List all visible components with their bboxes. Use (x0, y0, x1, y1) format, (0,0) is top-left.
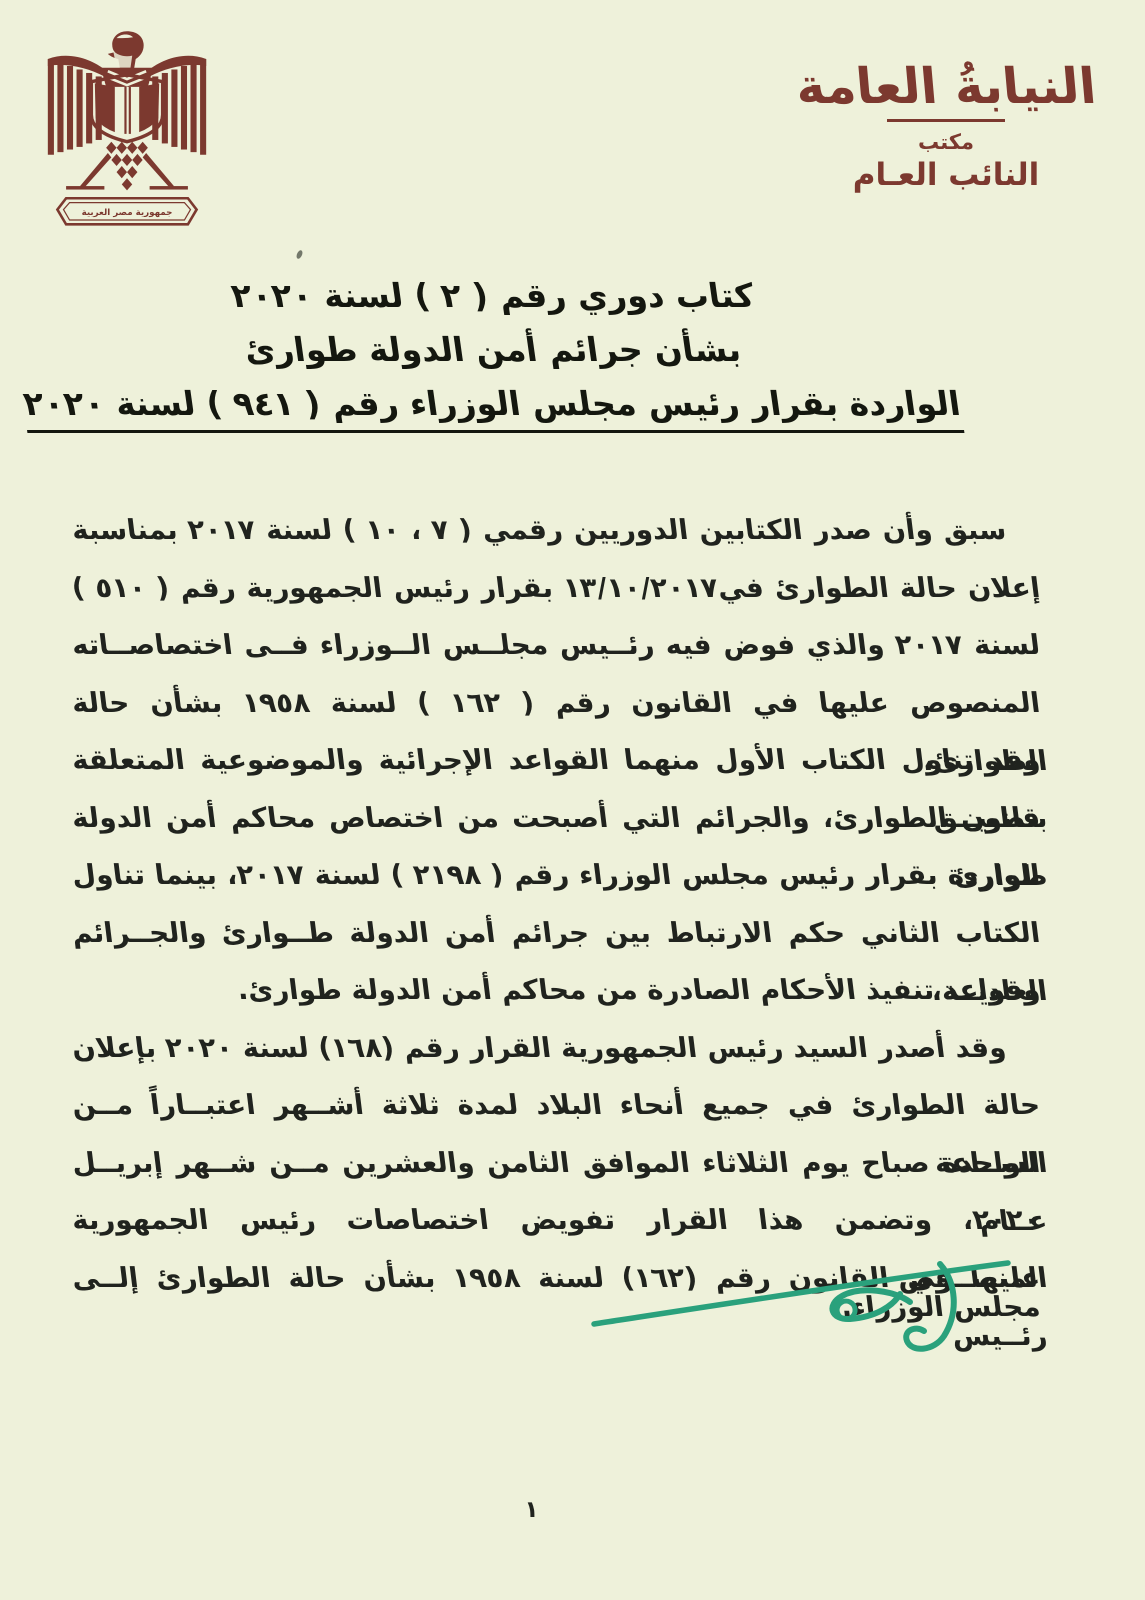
body-line: إعلان حالة الطوارئ في١٣/١٠/٢٠١٧ بقرار رئ… (68, 560, 1043, 618)
title-line-1: كتاب دوري رقم ( ٢ ) لسنة ٢٠٢٠ (0, 276, 988, 315)
body-line: الواحدة صباح يوم الثلاثاء الموافق الثامن… (68, 1135, 1043, 1193)
signature-scribble (588, 1250, 1020, 1362)
title-line-3: الواردة بقرار رئيس مجلس الوزراء رقم ( ٩٤… (0, 384, 988, 433)
body-line: لسنة ٢٠١٧ والذي فوض فيه رئــيس مجلــس ال… (68, 617, 1043, 675)
organization-name: النيابةُ العامة (776, 58, 1117, 115)
document-title-block: كتاب دوري رقم ( ٢ ) لسنة ٢٠٢٠ بشأن جرائم… (0, 276, 1145, 448)
title-line-3-text: الواردة بقرار رئيس مجلس الوزراء رقم ( ٩٤… (21, 384, 964, 433)
body-line: وقد أصدر السيد رئيس الجمهورية القرار رقم… (68, 1020, 1043, 1078)
body-text: سبق وأن صدر الكتابين الدوريين رقمي ( ٧ ،… (72, 502, 1040, 1307)
document-page: جمهورية مصر العربية النيابةُ العامة مكتب… (0, 0, 1145, 1600)
body-line: ٢٠٢٠، وتضمن هذا القرار تفويض اختصاصات رئ… (68, 1192, 1043, 1250)
letterhead: النيابةُ العامة مكتب النائب العـام (778, 58, 1114, 193)
body-line: حالة الطوارئ في جميع أنحاء البلاد لمدة ث… (68, 1077, 1043, 1135)
body-line: قانون الطوارئ، والجرائم التي أصبحت من اخ… (68, 790, 1043, 848)
body-line: الواردة بقرار رئيس مجلس الوزراء رقم ( ٢١… (68, 847, 1043, 905)
office-name: النائب العـام (778, 157, 1114, 193)
body-line: وقد تناول الكتاب الأول منهما القواعد الإ… (68, 732, 1043, 790)
body-line: وقواعد تنفيذ الأحكام الصادرة من محاكم أم… (68, 962, 1043, 1020)
body-line: سبق وأن صدر الكتابين الدوريين رقمي ( ٧ ،… (68, 502, 1043, 560)
emblem-banner-text: جمهورية مصر العربية (82, 208, 173, 218)
title-line-2: بشأن جرائم أمن الدولة طوارئ (0, 330, 988, 369)
letterhead-rule (887, 119, 1005, 122)
body-line: المنصوص عليها في القانون رقم ( ١٦٢ ) لسن… (68, 675, 1043, 733)
egypt-eagle-emblem-icon: جمهورية مصر العربية (40, 24, 214, 242)
ink-speck (295, 249, 303, 259)
page-number: ١ (0, 1497, 1145, 1523)
office-word: مكتب (778, 130, 1114, 154)
body-line: الكتاب الثاني حكم الارتباط بين جرائم أمن… (68, 905, 1043, 963)
